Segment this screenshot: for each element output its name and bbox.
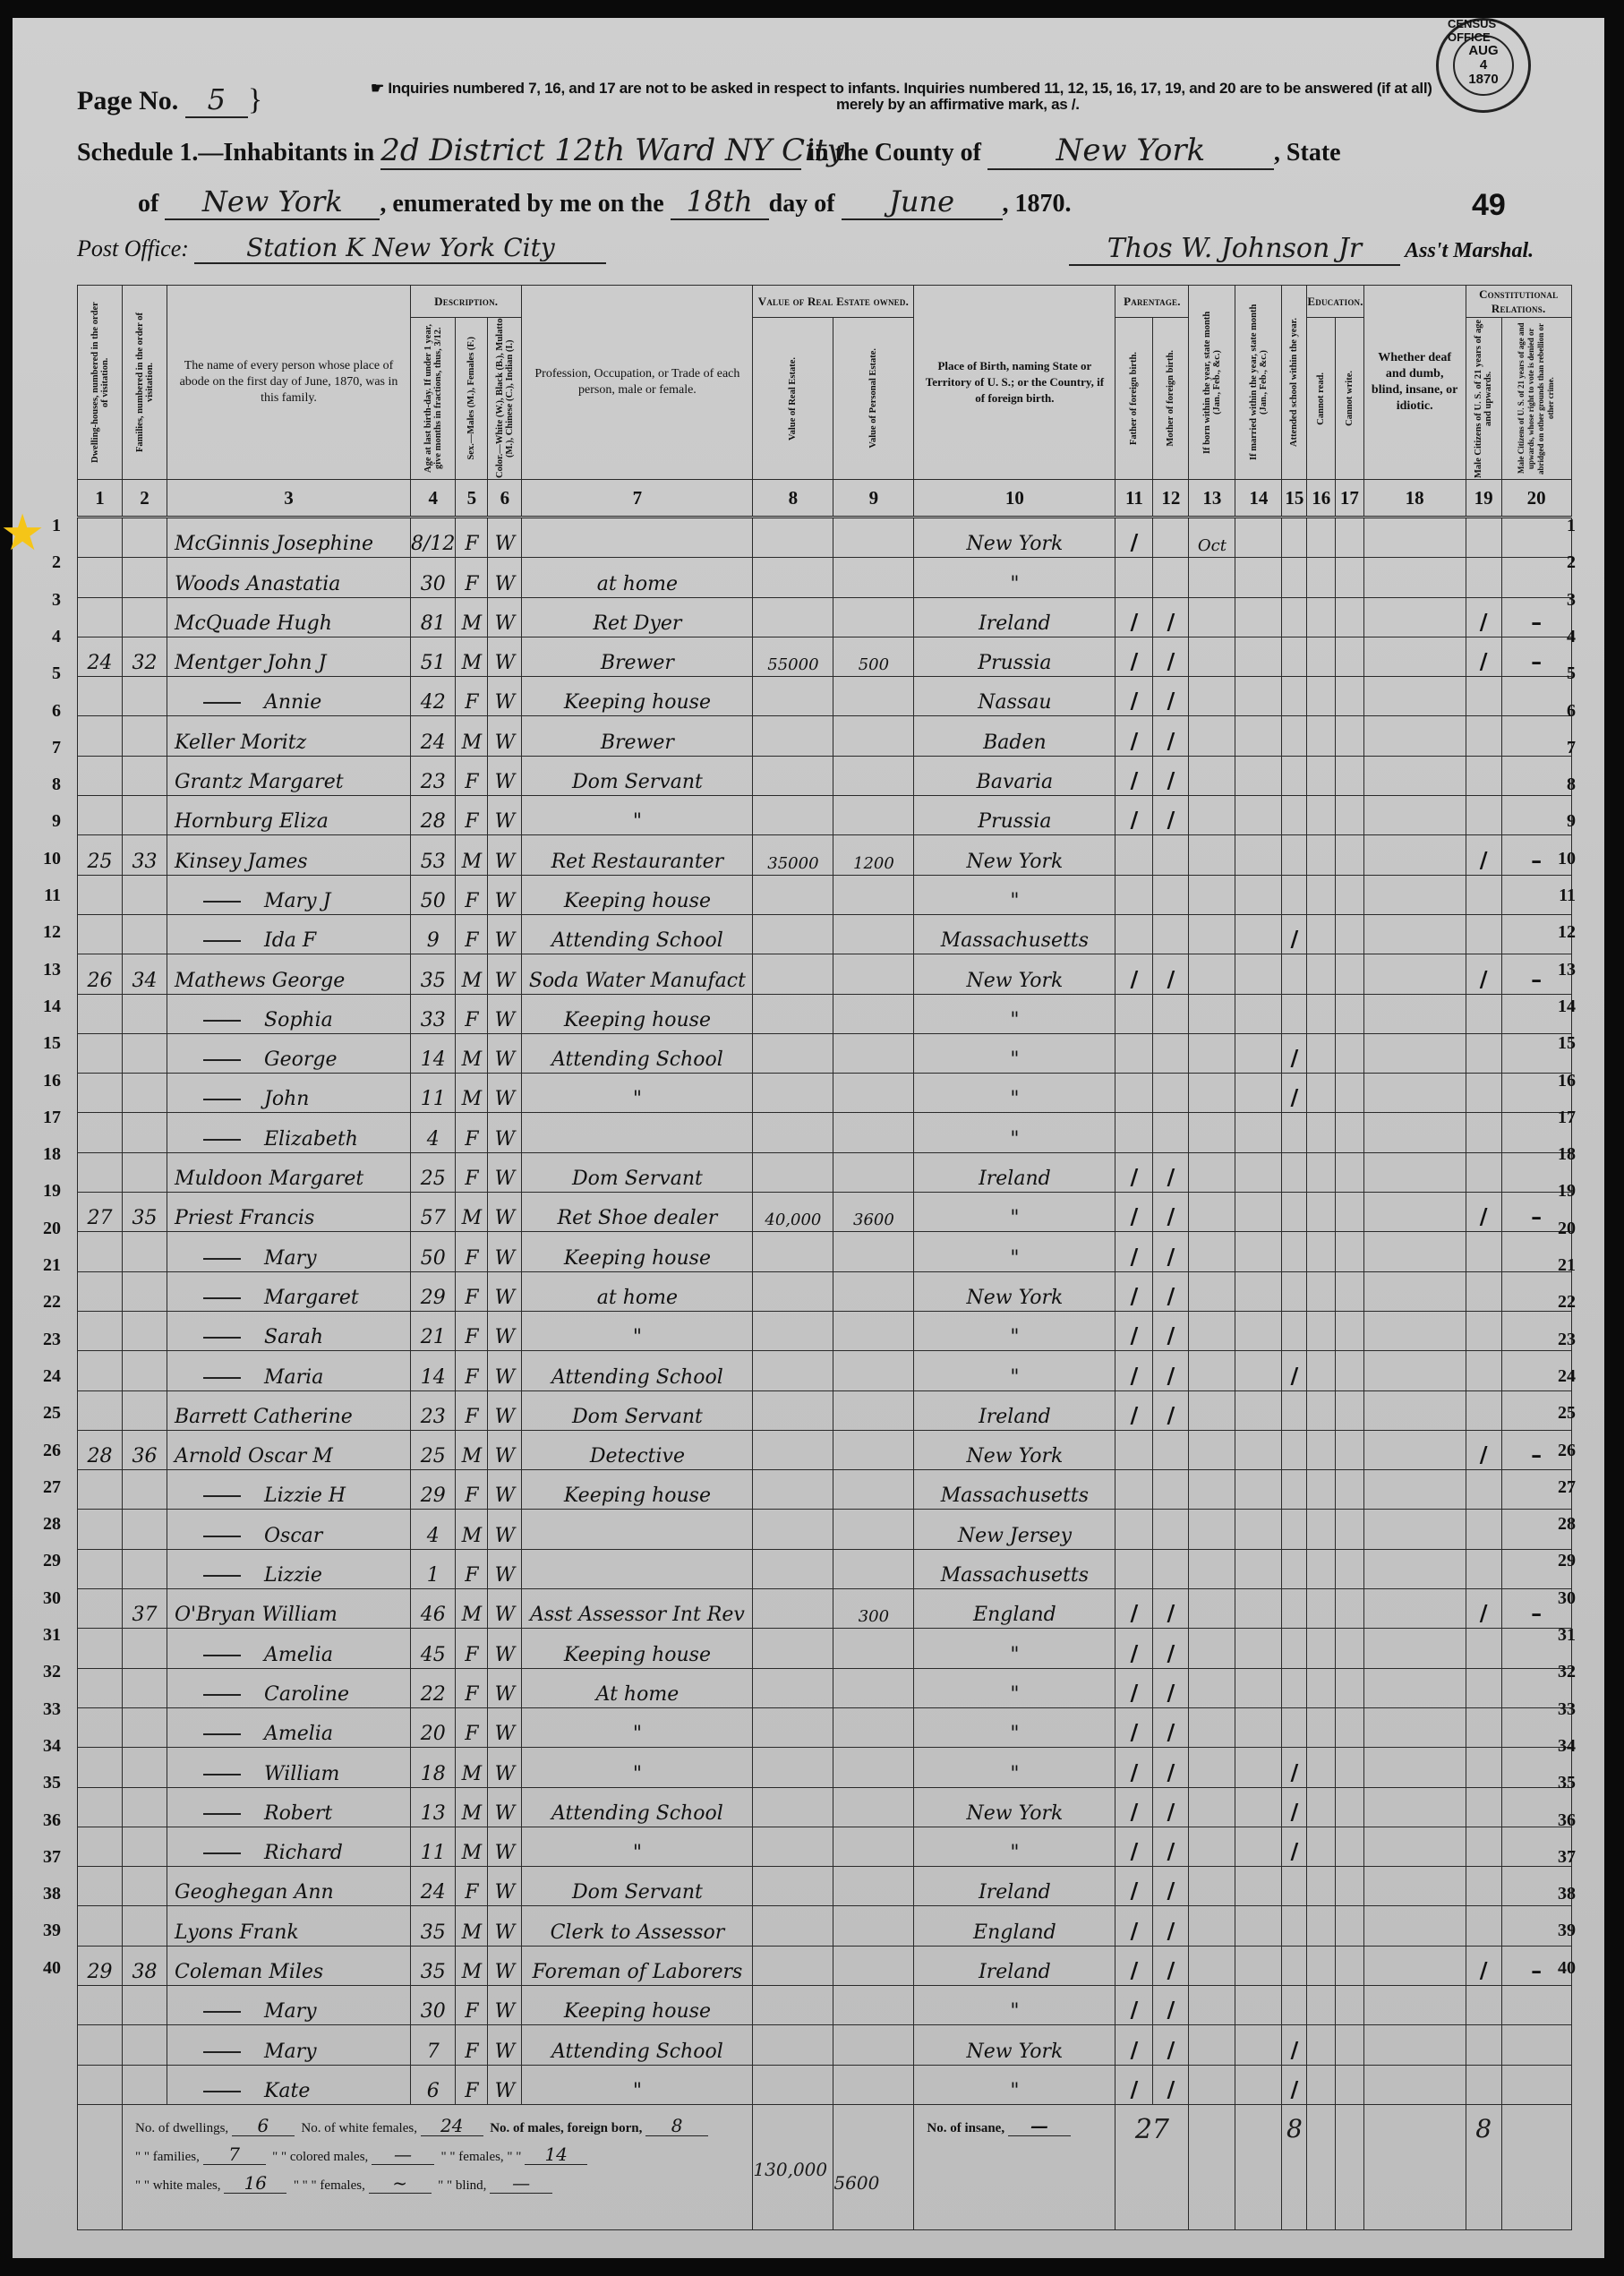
age-cell: 45 [411,1629,456,1668]
citizen-mark [1466,1906,1501,1946]
born-month-cell [1189,1985,1235,2024]
given-name: Hugh [277,612,332,635]
line-number: 31 [36,1625,61,1646]
ditto-dash [203,901,241,903]
deaf-blind-cell [1363,1707,1466,1747]
real-estate-cell [753,1430,833,1469]
personal-estate-cell [833,1985,914,2024]
citizen-mark: / [1466,637,1501,676]
school-mark [1282,1470,1307,1510]
family-number: 33 [123,835,167,875]
sex-cell: F [456,558,488,597]
real-estate-cell: 35000 [753,835,833,875]
person-name-cell: Robert [167,1787,411,1827]
cannot-read-mark [1307,1867,1336,1906]
birthplace-cell: " [914,1668,1115,1707]
color-cell: W [488,1629,522,1668]
deaf-blind-cell [1363,1589,1466,1629]
day-of-label: day of [769,190,835,218]
education-group-header: Education. [1307,286,1363,318]
mother-foreign-mark: / [1153,1985,1189,2024]
person-name-cell: Grantz Margaret [167,756,411,795]
line-number: 10 [36,849,61,869]
given-name: Margaret [264,1287,359,1309]
cannot-write-mark [1336,1827,1364,1866]
line-number: 39 [36,1921,61,1941]
age-cell: 4 [411,1510,456,1549]
dwelling-number [78,558,123,597]
line-number: 12 [36,922,61,943]
table-row: Robert13MWAttending SchoolNew York/// [78,1787,1572,1827]
father-foreign-mark: / [1115,2065,1153,2104]
cannot-read-mark [1307,1152,1336,1192]
foreign-females-count: 14 [525,2144,587,2165]
mother-foreign-mark: / [1153,1787,1189,1827]
birthplace-cell: New York [914,835,1115,875]
birthplace-cell: England [914,1589,1115,1629]
color-cell: W [488,1707,522,1747]
line-number: 25 [36,1403,61,1424]
age-cell: 25 [411,1152,456,1192]
age-cell: 21 [411,1311,456,1350]
sex-cell: M [456,1430,488,1469]
vote-denied-mark [1501,2025,1571,2065]
column-number: 5 [456,480,488,518]
father-foreign-mark: / [1115,1668,1153,1707]
person-name-cell: Elizabeth [167,1113,411,1152]
table-row: Maria14FWAttending School"/// [78,1351,1572,1390]
cannot-read-mark [1307,637,1336,676]
color-cell: W [488,1074,522,1113]
occupation-cell: " [522,1707,753,1747]
of-label: of [138,190,158,218]
dwelling-number: 28 [78,1430,123,1469]
citizen-mark [1466,875,1501,914]
dwelling-number [78,1589,123,1629]
born-month-cell [1189,1748,1235,1787]
personal-estate-cell: 1200 [833,835,914,875]
personal-estate-cell [833,1351,914,1390]
line-number: 2 [1551,552,1576,573]
deaf-blind-cell [1363,1033,1466,1073]
dwelling-number [78,1033,123,1073]
cannot-write-mark [1336,756,1364,795]
born-month-cell [1189,1193,1235,1232]
line-number: 26 [36,1441,61,1461]
line-number: 4 [1551,627,1576,647]
school-mark [1282,1629,1307,1668]
line-number: 20 [36,1219,61,1239]
cannot-write-mark [1336,1946,1364,1985]
given-name: Margaret [269,1168,363,1190]
ditto-dash [203,1377,241,1379]
deaf-blind-cell [1363,1074,1466,1113]
person-name-cell: Margaret [167,1271,411,1311]
stamp-ring-text: CENSUS OFFICE [1448,17,1528,44]
father-foreign-mark [1115,1074,1153,1113]
family-number: 35 [123,1193,167,1232]
mother-foreign-mark: / [1153,1867,1189,1906]
mother-foreign-mark: / [1153,1748,1189,1787]
occupation-cell: Detective [522,1430,753,1469]
married-month-cell [1235,1668,1282,1707]
description-group-header: Description. [411,286,522,318]
table-row: McGinnis Josephine8/12FWNew York/Oct [78,518,1572,558]
mother-foreign-mark [1153,914,1189,954]
family-number [123,1787,167,1827]
marshal-line: Thos W. Johnson Jr Ass't Marshal. [1069,233,1534,266]
father-foreign-mark: / [1115,1906,1153,1946]
family-number [123,1668,167,1707]
married-month-cell [1235,1470,1282,1510]
color-cell: W [488,1271,522,1311]
parentage-total: 27 [1115,2104,1189,2229]
person-name-cell: George [167,1033,411,1073]
birthplace-cell: New York [914,1430,1115,1469]
married-month-cell [1235,796,1282,835]
deaf-blind-cell [1363,1748,1466,1787]
occupation-cell: Attending School [522,914,753,954]
married-month-cell [1235,1906,1282,1946]
personal-estate-cell: 500 [833,637,914,676]
cannot-write-mark [1336,518,1364,558]
line-number: 8 [1551,774,1576,795]
cannot-write-mark [1336,954,1364,994]
school-mark [1282,1985,1307,2024]
personal-estate-cell [833,796,914,835]
sex-cell: F [456,756,488,795]
cannot-read-mark [1307,597,1336,637]
line-number: 33 [36,1699,61,1720]
family-number [123,914,167,954]
cannot-write-mark [1336,875,1364,914]
dwelling-number: 25 [78,835,123,875]
given-name: Oscar M [248,1445,333,1467]
married-month-cell [1235,1271,1282,1311]
citizen-mark [1466,2025,1501,2065]
deaf-blind-cell [1363,558,1466,597]
line-number: 23 [36,1330,61,1350]
birthplace-cell: Nassau [914,677,1115,716]
white-females-count: 24 [421,2116,483,2136]
table-row: Lizzie1FWMassachusetts [78,1549,1572,1588]
line-number: 16 [36,1071,61,1091]
citizen-mark [1466,2065,1501,2104]
married-month-cell [1235,558,1282,597]
father-foreign-mark: / [1115,1985,1153,2024]
table-row: Margaret29FWat homeNew York// [78,1271,1572,1311]
real-estate-cell [753,1232,833,1271]
state-label: , State [1274,139,1341,167]
father-foreign-mark: / [1115,1232,1153,1271]
father-foreign-mark [1115,1113,1153,1152]
line-number: 4 [36,627,61,647]
line-number: 39 [1551,1921,1576,1941]
marshal-label: Ass't Marshal. [1405,239,1534,262]
ditto-dash [203,1139,241,1141]
real-estate-cell [753,1152,833,1192]
personal-estate-cell [833,1470,914,1510]
header-group-row: Dwelling-houses, numbered in the order o… [78,286,1572,318]
father-foreign-mark: / [1115,1311,1153,1350]
family-number: 37 [123,1589,167,1629]
person-name-cell: Oscar [167,1510,411,1549]
deaf-blind-cell [1363,1946,1466,1985]
dwelling-number [78,1351,123,1390]
marshal-signature: Thos W. Johnson Jr [1069,233,1400,266]
school-mark [1282,1867,1307,1906]
married-month-cell [1235,994,1282,1033]
family-number [123,1074,167,1113]
cannot-write-mark [1336,1232,1364,1271]
cannot-read-mark [1307,1906,1336,1946]
birthplace-cell: Ireland [914,1152,1115,1192]
occupation-cell: Attending School [522,1351,753,1390]
person-name-cell: Kate [167,2065,411,2104]
dwelling-number [78,1232,123,1271]
dwelling-number [78,1787,123,1827]
line-number: 12 [1551,922,1576,943]
line-number: 7 [1551,738,1576,758]
father-foreign-mark: / [1115,2025,1153,2065]
color-cell: W [488,1033,522,1073]
cannot-write-mark [1336,1390,1364,1430]
family-number [123,1311,167,1350]
family-number [123,1748,167,1787]
real-estate-cell [753,1033,833,1073]
cannot-write-mark [1336,716,1364,756]
family-number [123,677,167,716]
citizen-mark: / [1466,1589,1501,1629]
sex-cell: F [456,1311,488,1350]
father-foreign-mark: / [1115,1946,1153,1985]
personal-estate-cell [833,1867,914,1906]
school-mark: / [1282,1748,1307,1787]
cannot-write-mark [1336,597,1364,637]
cannot-read-mark [1307,1232,1336,1271]
cannot-read-mark [1307,1549,1336,1588]
birthplace-cell: " [914,994,1115,1033]
foreign-males-label: No. of males, foreign born, [490,2121,642,2135]
cannot-read-mark [1307,1351,1336,1390]
real-estate-cell [753,1351,833,1390]
surname: Grantz [175,771,243,793]
ditto-dash [203,1020,241,1022]
cannot-write-mark [1336,1193,1364,1232]
occupation-cell: at home [522,1271,753,1311]
family-number [123,1549,167,1588]
col-header-17: Cannot write. [1336,318,1364,480]
dwelling-number [78,1707,123,1747]
father-foreign-mark: / [1115,597,1153,637]
occupation-cell: at home [522,558,753,597]
line-number: 11 [1551,886,1576,906]
mother-foreign-mark: / [1153,1707,1189,1747]
real-estate-cell [753,1271,833,1311]
line-number: 17 [36,1108,61,1128]
real-estate-cell [753,518,833,558]
line-number: 13 [1551,960,1576,980]
colored-males-count: — [372,2144,434,2165]
person-name-cell: Keller Moritz [167,716,411,756]
age-cell: 24 [411,716,456,756]
occupation-cell: Brewer [522,637,753,676]
sex-cell: F [456,1629,488,1668]
citizen-mark [1466,1390,1501,1430]
real-estate-cell [753,1470,833,1510]
surname: Lyons [175,1921,233,1944]
dwelling-number [78,518,123,558]
deaf-blind-cell [1363,1470,1466,1510]
deaf-blind-cell [1363,1390,1466,1430]
deaf-blind-cell [1363,1193,1466,1232]
ditto-dash [203,1059,241,1061]
sex-cell: F [456,1113,488,1152]
table-row: Muldoon Margaret25FWDom ServantIreland// [78,1152,1572,1192]
person-name-cell: Priest Francis [167,1193,411,1232]
real-estate-cell [753,1707,833,1747]
citizen-mark [1466,1113,1501,1152]
family-number [123,1113,167,1152]
dwelling-number [78,1827,123,1866]
table-row: Lizzie H29FWKeeping houseMassachusetts [78,1470,1572,1510]
deaf-blind-cell [1363,1113,1466,1152]
line-number: 15 [36,1033,61,1054]
dwelling-number [78,2065,123,2104]
cannot-read-mark [1307,558,1336,597]
table-row: Amelia45FWKeeping house"// [78,1629,1572,1668]
occupation-cell [522,1113,753,1152]
sex-cell: M [456,954,488,994]
given-name: Robert [264,1802,332,1825]
colored-females-count: ~ [369,2173,432,2194]
married-month-cell [1235,1390,1282,1430]
born-month-cell [1189,1430,1235,1469]
white-males-count: 16 [224,2173,286,2194]
school-mark [1282,558,1307,597]
married-month-cell [1235,637,1282,676]
sex-cell: F [456,518,488,558]
given-name: Richard [264,1842,343,1864]
born-month-cell [1189,716,1235,756]
dwellings-count: 6 [232,2116,295,2136]
age-cell: 11 [411,1827,456,1866]
post-office-line: Post Office: Station K New York City [77,233,606,264]
column-number: 16 [1307,480,1336,518]
person-name-cell: Ida F [167,914,411,954]
school-mark: / [1282,2025,1307,2065]
line-number: 19 [36,1181,61,1202]
color-cell: W [488,756,522,795]
father-foreign-mark: / [1115,716,1153,756]
sex-cell: F [456,1985,488,2024]
given-name: Eliza [279,810,329,833]
real-estate-cell [753,1985,833,2024]
cannot-write-mark [1336,2025,1364,2065]
citizen-mark [1466,796,1501,835]
dwelling-number: 24 [78,637,123,676]
vote-denied-mark [1501,1985,1571,2024]
color-cell: W [488,1311,522,1350]
occupation-cell: Keeping house [522,1629,753,1668]
school-mark: / [1282,1033,1307,1073]
deaf-blind-cell [1363,1906,1466,1946]
post-office-label: Post Office: [77,235,189,261]
married-month-cell [1235,1351,1282,1390]
married-month-cell [1235,1827,1282,1866]
sex-cell: M [456,716,488,756]
person-name-cell: Mathews George [167,954,411,994]
line-number: 28 [36,1514,61,1535]
school-mark [1282,954,1307,994]
birthplace-cell: " [914,558,1115,597]
sex-cell: F [456,1351,488,1390]
cannot-read-mark [1307,1113,1336,1152]
line-number: 29 [1551,1551,1576,1571]
born-month-cell [1189,597,1235,637]
school-mark [1282,835,1307,875]
deaf-blind-cell [1363,2065,1466,2104]
table-row: Kate6FW""/// [78,2065,1572,2104]
citizen-total: 8 [1466,2104,1501,2229]
occupation-cell: Ret Restauranter [522,835,753,875]
column-number: 2 [123,480,167,518]
given-name: Anastatia [246,573,340,595]
real-estate-cell [753,1946,833,1985]
col-header-11: Father of foreign birth. [1115,318,1153,480]
cannot-write-mark [1336,1430,1364,1469]
color-cell: W [488,1390,522,1430]
column-number: 10 [914,480,1115,518]
cannot-read-mark [1307,1074,1336,1113]
married-month-cell [1235,1033,1282,1073]
born-month-cell [1189,1510,1235,1549]
person-name-cell: Kinsey James [167,835,411,875]
given-name: Mary [264,1247,317,1270]
school-mark [1282,1707,1307,1747]
line-number: 21 [1551,1255,1576,1276]
color-cell: W [488,1152,522,1192]
stamp-month: AUG [1468,44,1498,58]
column-number: 20 [1501,480,1571,518]
father-foreign-mark: / [1115,796,1153,835]
col-header-6: Color.—White (W.), Black (B.), Mulatto (… [488,318,522,480]
citizen-mark [1466,994,1501,1033]
sex-cell: F [456,2065,488,2104]
table-row: Hornburg Eliza28FW"Prussia// [78,796,1572,835]
real-estate-cell [753,1827,833,1866]
column-number-row: 1234567891011121314151617181920 [78,480,1572,518]
deaf-blind-cell [1363,1867,1466,1906]
birthplace-cell: Baden [914,716,1115,756]
cannot-read-mark [1307,1271,1336,1311]
father-foreign-mark: / [1115,1827,1153,1866]
dwelling-number [78,1311,123,1350]
table-row: Annie42FWKeeping houseNassau// [78,677,1572,716]
color-cell: W [488,1787,522,1827]
born-month-cell [1189,1311,1235,1350]
sex-cell: M [456,1827,488,1866]
birthplace-cell: " [914,1707,1115,1747]
col-header-20: Male Citizens of U. S. of 21 years of ag… [1501,318,1571,480]
surname: Coleman [175,1961,262,1983]
insane-cell: No. of insane, — [914,2104,1115,2229]
born-month-cell [1189,954,1235,994]
page-number: 5 [185,82,248,118]
given-name: John J [267,652,326,674]
person-name-cell: Geoghegan Ann [167,1867,411,1906]
table-row: Keller Moritz24MWBrewerBaden// [78,716,1572,756]
